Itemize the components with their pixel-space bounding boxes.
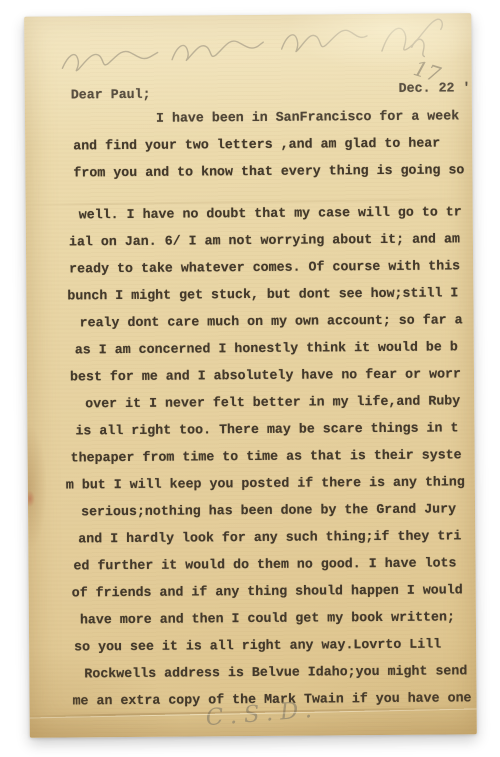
letter-line: serious;nothing has been done by the Gra… bbox=[28, 495, 475, 526]
letter-line: and I hardly look for any such thing;if … bbox=[28, 522, 475, 553]
letter-line: as I am concerned I honestly think it wo… bbox=[27, 333, 474, 364]
letter-line: ready to take whatever comes. Of course … bbox=[26, 252, 473, 283]
letter-line: bunch I might get stuck, but dont see ho… bbox=[26, 279, 473, 310]
letter-line: and find your two letters ,and am glad t… bbox=[25, 129, 472, 160]
letter-line: Rockwells address is Belvue Idaho;you mi… bbox=[29, 657, 476, 688]
salutation: Dear Paul; bbox=[71, 87, 151, 103]
letter-line: I have been in SanFrancisco for a week bbox=[25, 102, 472, 133]
letter-line: is all right too. There may be scare thi… bbox=[27, 414, 474, 445]
letter-line: have more and then I could get my book w… bbox=[29, 603, 476, 634]
letter-line: realy dont care much on my own account; … bbox=[26, 306, 473, 337]
letter-line: thepaper from time to time as that is th… bbox=[28, 441, 475, 472]
letter-body: I have been in SanFrancisco for a weekan… bbox=[25, 102, 477, 714]
letter-line: ial on Jan. 6/ I am not worrying about i… bbox=[26, 225, 473, 256]
letter-line: m but I will keep you posted if there is… bbox=[28, 468, 475, 499]
letter-line: over it I never felt better in my life,a… bbox=[27, 387, 474, 418]
letter-paper: Dec. 22 ' 17 Dear Paul; I have been in S… bbox=[24, 13, 477, 737]
letter-line: best for me and I absolutely have no fea… bbox=[27, 360, 474, 391]
letter-line: of friends and if any thing should happe… bbox=[29, 576, 476, 607]
letter-line: so you see it is all right any way.Lovrt… bbox=[29, 630, 476, 661]
letter-line: ed further it would do them no good. I h… bbox=[28, 549, 475, 580]
letter-line: from you and to know that every thing is… bbox=[25, 156, 472, 187]
